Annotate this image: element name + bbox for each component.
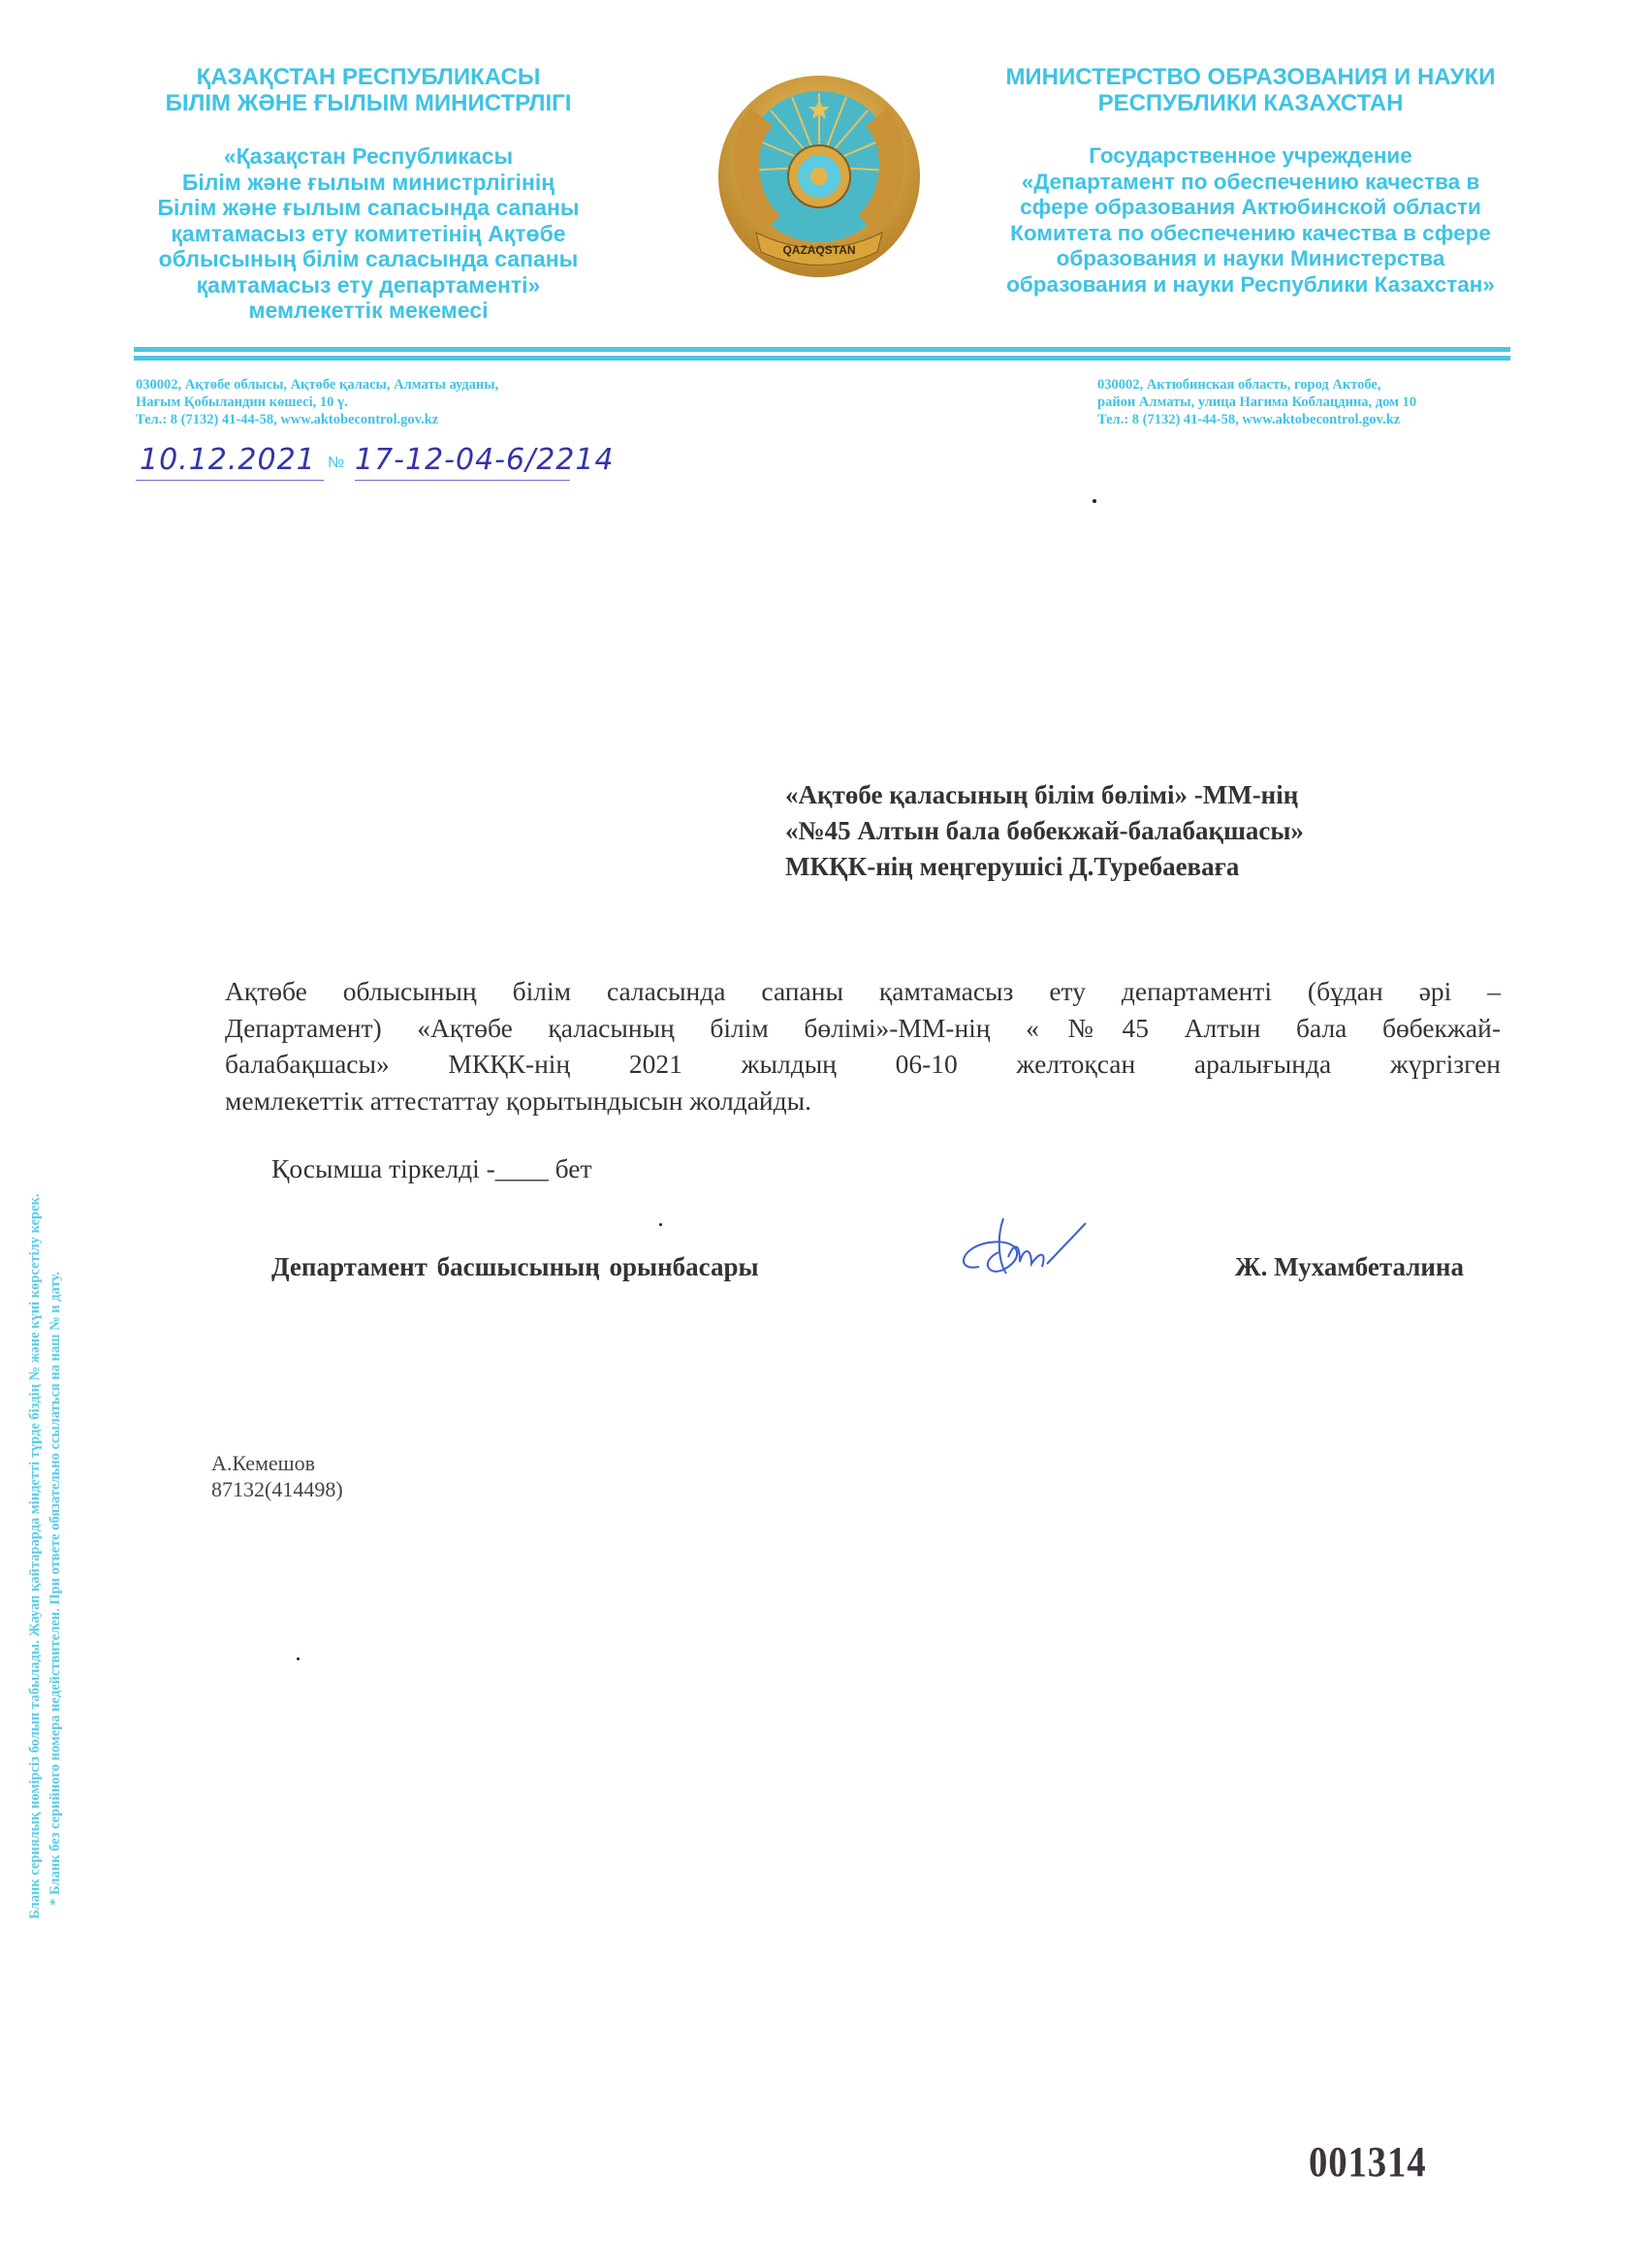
blank-validity-note: Бланк сериялық нөмірсіз болып табылады. … (25, 1193, 66, 1919)
signature-block: Департамент басшысының орынбасары Ж. Мух… (271, 1252, 1464, 1310)
org-line: Білім және ғылым сапасында сапаны (107, 195, 630, 221)
org-line: образования и науки Министерства (965, 246, 1537, 272)
address-line: Тел.: 8 (7132) 41-44-58, www.aktobecontr… (1097, 411, 1416, 428)
letterhead-divider-bottom (134, 356, 1510, 361)
registration-number-label: № (328, 455, 344, 472)
ministry-title-ru: МИНИСТЕРСТВО ОБРАЗОВАНИЯ И НАУКИ РЕСПУБЛ… (965, 64, 1537, 116)
body-line: Ақтөбе облысының білім саласында сапаны … (225, 973, 1501, 1010)
org-line: Комитета по обеспечению качества в сфере (965, 221, 1537, 247)
scan-speck (1093, 499, 1096, 503)
scan-speck (659, 1223, 662, 1226)
handwritten-signature-icon (950, 1213, 1095, 1291)
organization-name-kz: «Қазақстан Республикасы Білім және ғылым… (107, 143, 630, 324)
organization-name-ru: Государственное учреждение «Департамент … (965, 143, 1537, 298)
signer-name: Ж. Мухамбеталина (1235, 1252, 1464, 1282)
letter-body: Ақтөбе облысының білім саласында сапаны … (225, 973, 1501, 1118)
official-letter-page: ҚАЗАҚСТАН РЕСПУБЛИКАСЫ БІЛІМ ЖӘНЕ ҒЫЛЫМ … (0, 0, 1648, 2268)
address-line: 030002, Ақтөбе облысы, Ақтөбе қаласы, Ал… (136, 376, 498, 394)
registration-number: 17-12-04-6/2214 (355, 441, 570, 481)
executor-info: А.Кемешов 87132(414498) (211, 1450, 343, 1502)
address-line: Нағым Қобыландин көшесі, 10 ү. (136, 394, 498, 411)
org-line: қамтамасыз ету департаменті» (107, 272, 630, 299)
org-line: образования и науки Республики Казахстан… (965, 272, 1537, 299)
org-line: Білім және ғылым министрлігінің (107, 170, 630, 196)
ministry-title-line: МИНИСТЕРСТВО ОБРАЗОВАНИЯ И НАУКИ (965, 64, 1537, 90)
executor-name: А.Кемешов (211, 1450, 343, 1476)
body-line: балабақшасы» МКҚК-нің 2021 жылдың 06-10 … (225, 1046, 1501, 1083)
letterhead-russian: МИНИСТЕРСТВО ОБРАЗОВАНИЯ И НАУКИ РЕСПУБЛ… (965, 64, 1537, 298)
attachment-note: Қосымша тіркелді -____ бет (271, 1153, 592, 1184)
side-note-line-ru: * Бланк без серийного номера недействите… (46, 1193, 66, 1919)
org-line: Государственное учреждение (965, 143, 1537, 170)
recipient-line: МКҚК-нің меңгерушісі Д.Туребаеваға (785, 849, 1304, 885)
registration-line: 10.12.2021 № 17-12-04-6/2214 (136, 441, 572, 485)
org-line: «Қазақстан Республикасы (107, 143, 630, 170)
svg-text:QAZAQSTAN: QAZAQSTAN (782, 243, 855, 257)
ministry-title-line: ҚАЗАҚСТАН РЕСПУБЛИКАСЫ (107, 64, 630, 90)
letterhead-kazakh: ҚАЗАҚСТАН РЕСПУБЛИКАСЫ БІЛІМ ЖӘНЕ ҒЫЛЫМ … (107, 64, 630, 324)
blank-serial-number: 001314 (1309, 2137, 1426, 2187)
ministry-title-line: РЕСПУБЛИКИ КАЗАХСТАН (965, 90, 1537, 116)
side-note-line-kz: Бланк сериялық нөмірсіз болып табылады. … (25, 1193, 46, 1919)
address-line: Тел.: 8 (7132) 41-44-58, www.aktobecontr… (136, 411, 498, 428)
signer-position: Департамент басшысының орынбасары (271, 1252, 759, 1282)
address-line: 030002, Актюбинская область, город Актоб… (1097, 376, 1416, 394)
ministry-title-kz: ҚАЗАҚСТАН РЕСПУБЛИКАСЫ БІЛІМ ЖӘНЕ ҒЫЛЫМ … (107, 64, 630, 116)
executor-phone: 87132(414498) (211, 1476, 343, 1502)
letterhead-divider-top (134, 347, 1510, 352)
body-line: Департамент) «Ақтөбе қаласының білім бөл… (225, 1010, 1501, 1047)
registration-date: 10.12.2021 (136, 441, 324, 481)
org-line: мемлекеттік мекемесі (107, 298, 630, 324)
org-line: қамтамасыз ету комитетінің Ақтөбе (107, 221, 630, 247)
body-line: мемлекеттік аттестаттау қорытындысын жол… (225, 1083, 1501, 1119)
ministry-title-line: БІЛІМ ЖӘНЕ ҒЫЛЫМ МИНИСТРЛІГІ (107, 90, 630, 116)
recipient-line: «Ақтөбе қаласының білім бөлімі» -ММ-нің (785, 777, 1304, 813)
recipient-line: «№45 Алтын бала бөбекжай-балабақшасы» (785, 813, 1304, 849)
address-line: район Алматы, улица Нагима Коблацдина, д… (1097, 394, 1416, 411)
address-russian: 030002, Актюбинская область, город Актоб… (1097, 376, 1416, 428)
org-line: сфере образования Актюбинской области (965, 195, 1537, 221)
address-kazakh: 030002, Ақтөбе облысы, Ақтөбе қаласы, Ал… (136, 376, 498, 428)
org-line: «Департамент по обеспечению качества в (965, 170, 1537, 196)
kazakhstan-state-emblem-icon: QAZAQSTAN (713, 70, 926, 283)
scan-speck (297, 1657, 300, 1660)
recipient-block: «Ақтөбе қаласының білім бөлімі» -ММ-нің … (785, 777, 1304, 885)
org-line: облысының білім саласында сапаны (107, 246, 630, 272)
